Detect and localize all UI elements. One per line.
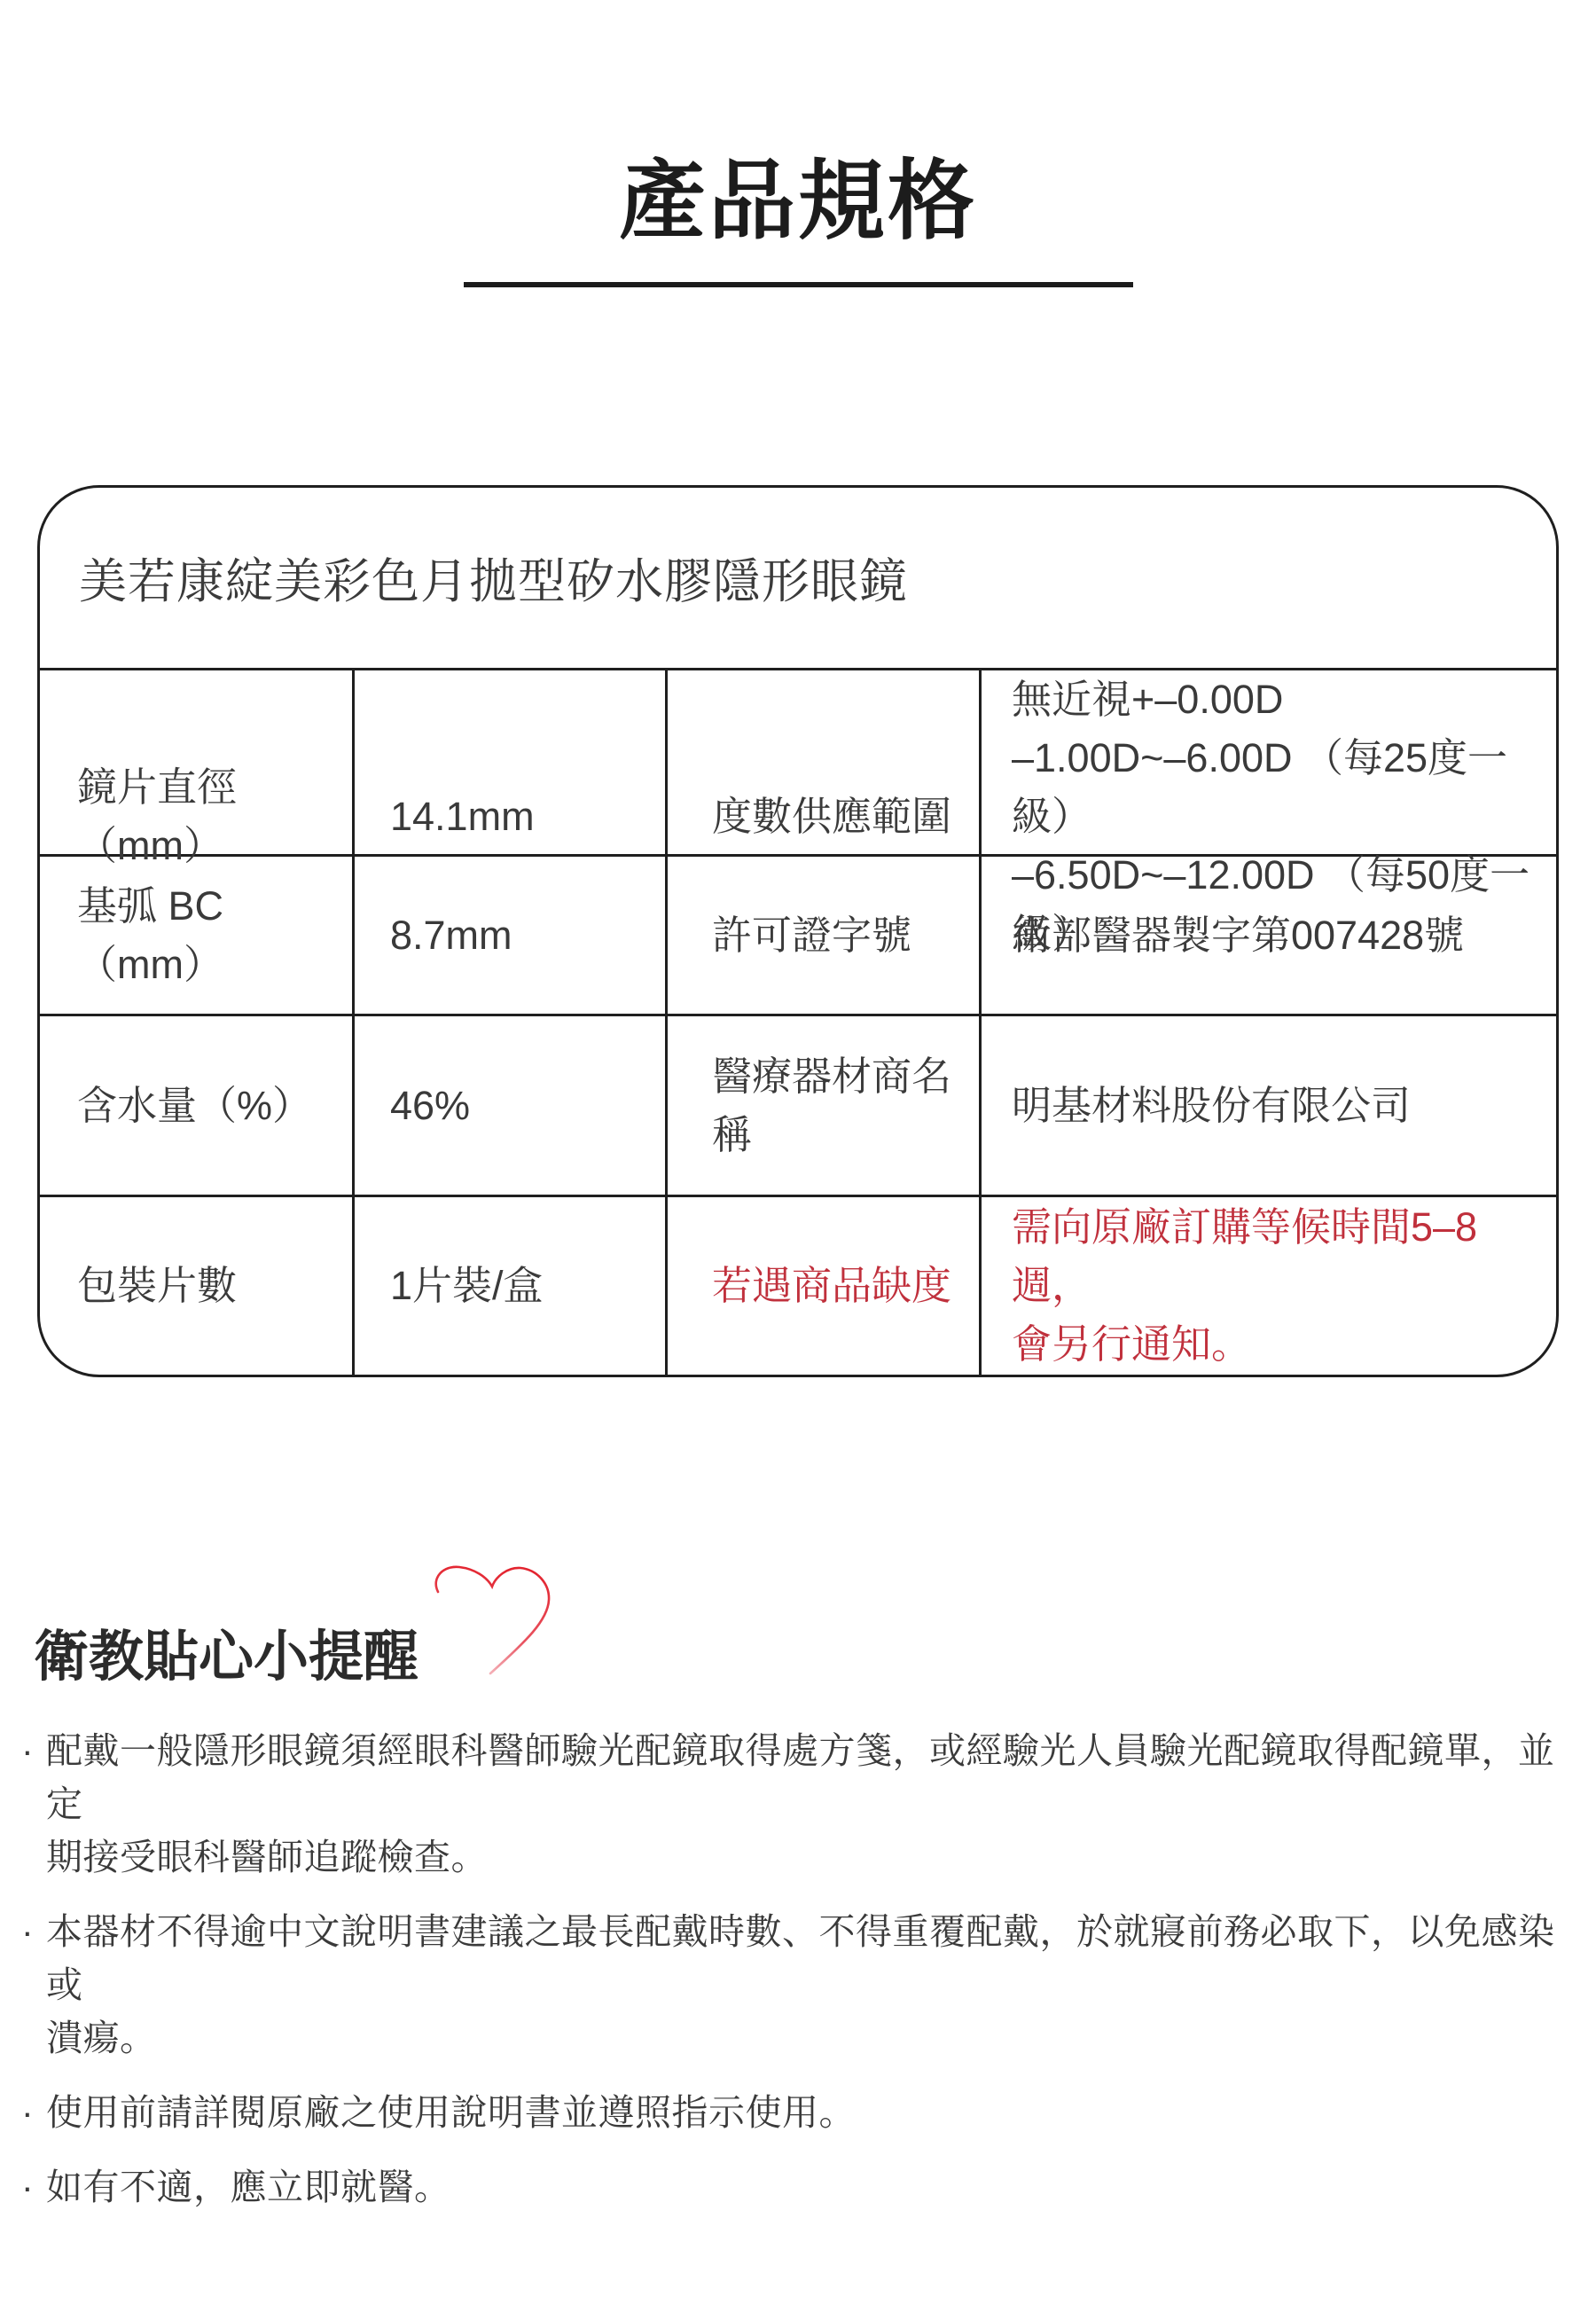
table-row: 基弧 BC（mm） 8.7mm 許可證字號 衛部醫器製字第007428號 bbox=[40, 857, 1556, 1016]
bullet-text: 如有不適，應立即就醫。 bbox=[46, 2160, 1578, 2214]
bullet-dot: · bbox=[21, 1905, 46, 1958]
bullet-list: · 配戴一般隱形眼鏡須經眼科醫師驗光配鏡取得處方箋，或經驗光人員驗光配鏡取得配鏡… bbox=[21, 1724, 1578, 2235]
bullet-line: 使用前請詳閱原廠之使用說明書並遵照指示使用。 bbox=[46, 2086, 1578, 2139]
spec-value-line: 會另行通知。 bbox=[1012, 1315, 1542, 1374]
table-row: 包裝片數 1片裝/盒 若遇商品缺度 需向原廠訂購等候時間5–8週， 會另行通知。 bbox=[40, 1197, 1556, 1375]
title-underline bbox=[464, 282, 1133, 287]
bullet-line: 潰瘍。 bbox=[46, 2011, 1578, 2065]
spec-label-cell: 醫療器材商名稱 bbox=[665, 1016, 979, 1195]
table-row: 含水量（%） 46% 醫療器材商名稱 明基材料股份有限公司 bbox=[40, 1016, 1556, 1197]
product-spec-page: 產品規格 美若康綻美彩色月拋型矽水膠隱形眼鏡 鏡片直徑（mm） 14.1mm 度… bbox=[0, 0, 1596, 2320]
spec-table: 美若康綻美彩色月拋型矽水膠隱形眼鏡 鏡片直徑（mm） 14.1mm 度數供應範圍… bbox=[37, 485, 1559, 1377]
bullet-item: · 配戴一般隱形眼鏡須經眼科醫師驗光配鏡取得處方箋，或經驗光人員驗光配鏡取得配鏡… bbox=[21, 1724, 1578, 1884]
spec-value-line: 需向原廠訂購等候時間5–8週， bbox=[1012, 1198, 1542, 1315]
spec-label-cell: 基弧 BC（mm） bbox=[40, 857, 352, 1014]
spec-value-cell: 8.7mm bbox=[352, 857, 665, 1014]
page-title: 產品規格 bbox=[0, 131, 1596, 256]
bullet-item: · 本器材不得逾中文說明書建議之最長配戴時數、不得重覆配戴，於就寢前務必取下，以… bbox=[21, 1905, 1578, 2065]
spec-value-line: –1.00D~–6.00D （每25度一級） bbox=[1012, 729, 1542, 846]
bullet-dot: · bbox=[21, 1724, 46, 1777]
bullet-text: 配戴一般隱形眼鏡須經眼科醫師驗光配鏡取得處方箋，或經驗光人員驗光配鏡取得配鏡單，… bbox=[46, 1724, 1578, 1884]
bullet-line: 配戴一般隱形眼鏡須經眼科醫師驗光配鏡取得處方箋，或經驗光人員驗光配鏡取得配鏡單，… bbox=[46, 1724, 1578, 1830]
spec-value-line: 明基材料股份有限公司 bbox=[1012, 1077, 1542, 1135]
bullet-item: · 使用前請詳閱原廠之使用說明書並遵照指示使用。 bbox=[21, 2086, 1578, 2139]
bullet-dot: · bbox=[21, 2086, 46, 2139]
spec-value-line: 衛部醫器製字第007428號 bbox=[1012, 906, 1542, 965]
bullet-item: · 如有不適，應立即就醫。 bbox=[21, 2160, 1578, 2214]
spec-value-cell: 需向原廠訂購等候時間5–8週， 會另行通知。 bbox=[979, 1197, 1556, 1375]
spec-value-cell: 1片裝/盒 bbox=[352, 1197, 665, 1375]
spec-label-cell: 包裝片數 bbox=[40, 1197, 352, 1375]
spec-value-cell: 明基材料股份有限公司 bbox=[979, 1016, 1556, 1195]
spec-label-cell: 含水量（%） bbox=[40, 1016, 352, 1195]
bullet-line: 期接受眼科醫師追蹤檢查。 bbox=[46, 1830, 1578, 1884]
bullet-line: 本器材不得逾中文說明書建議之最長配戴時數、不得重覆配戴，於就寢前務必取下，以免感… bbox=[46, 1905, 1578, 2011]
heart-icon bbox=[428, 1559, 563, 1685]
bullet-text: 使用前請詳閱原廠之使用說明書並遵照指示使用。 bbox=[46, 2086, 1578, 2139]
spec-value-cell: 46% bbox=[352, 1016, 665, 1195]
bullet-dot: · bbox=[21, 2160, 46, 2214]
reminder-heading: 衛教貼心小提醒 bbox=[34, 1612, 419, 1691]
spec-label-cell: 許可證字號 bbox=[665, 857, 979, 1014]
spec-value-cell: 衛部醫器製字第007428號 bbox=[979, 857, 1556, 1014]
table-row: 鏡片直徑（mm） 14.1mm 度數供應範圍 無近視+–0.00D –1.00D… bbox=[40, 670, 1556, 857]
spec-label-cell: 若遇商品缺度 bbox=[665, 1197, 979, 1375]
spec-value-line: 無近視+–0.00D bbox=[1012, 670, 1542, 729]
bullet-text: 本器材不得逾中文說明書建議之最長配戴時數、不得重覆配戴，於就寢前務必取下，以免感… bbox=[46, 1905, 1578, 2065]
product-name: 美若康綻美彩色月拋型矽水膠隱形眼鏡 bbox=[40, 488, 1556, 670]
bullet-line: 如有不適，應立即就醫。 bbox=[46, 2160, 1578, 2214]
